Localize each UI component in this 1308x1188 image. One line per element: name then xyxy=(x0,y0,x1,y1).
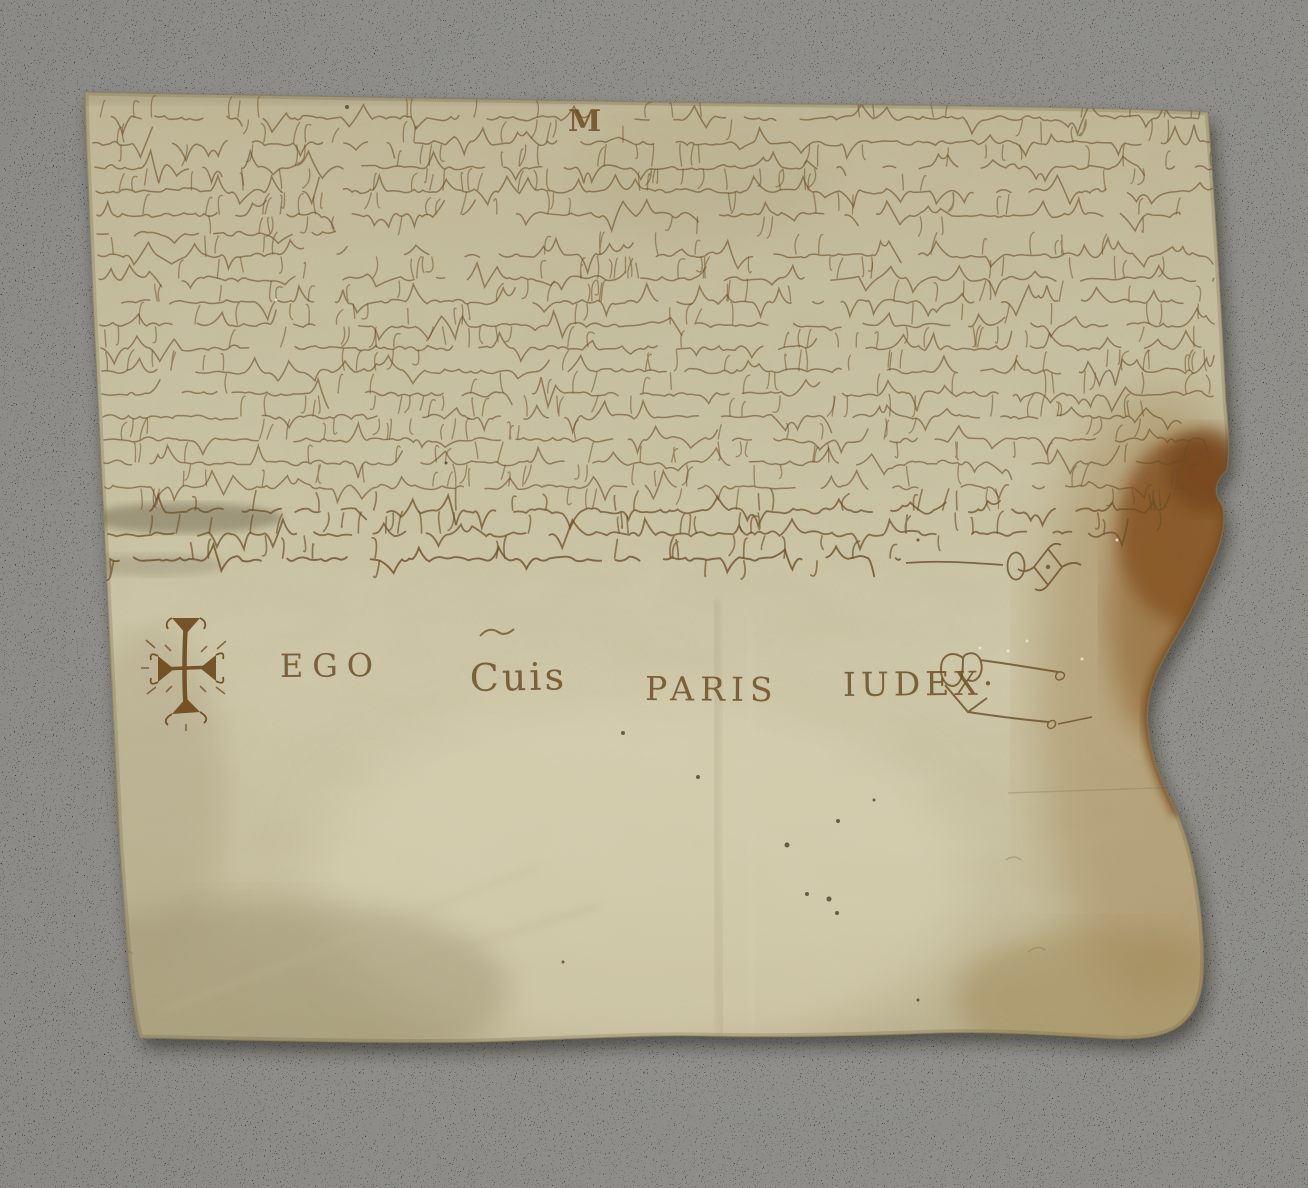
ink-speck xyxy=(805,892,809,896)
ink-speck xyxy=(562,961,565,964)
dust-speck xyxy=(1116,539,1119,542)
ink-speck xyxy=(835,911,839,915)
subscription-word-ego: EGO xyxy=(280,646,382,685)
dust-speck xyxy=(979,647,982,650)
dust-speck xyxy=(275,299,278,302)
ink-speck xyxy=(345,105,349,109)
ink-speck xyxy=(445,462,448,465)
parchment-texture xyxy=(10,70,1285,1080)
dust-speck xyxy=(1007,650,1010,653)
parchment-sheet xyxy=(10,70,1285,1080)
ink-speck xyxy=(836,819,840,823)
ink-speck xyxy=(827,897,832,902)
subscription-word-iudex: IUDEX· xyxy=(843,664,999,704)
parchment-photo: M xyxy=(0,0,1308,1188)
dust-speck xyxy=(1026,640,1029,643)
subscription-word-paris: PARIS xyxy=(645,669,779,709)
ink-speck xyxy=(785,843,790,848)
ink-speck xyxy=(696,775,700,779)
ink-speck xyxy=(621,731,625,735)
ink-speck xyxy=(917,999,920,1002)
dust-speck xyxy=(1081,658,1084,661)
photo-stage: M xyxy=(0,0,1308,1188)
decorated-initial: M xyxy=(568,104,601,139)
subscription-word-cuis: Cuis xyxy=(469,654,567,700)
ink-speck xyxy=(873,799,876,802)
ink-speck xyxy=(917,539,920,542)
